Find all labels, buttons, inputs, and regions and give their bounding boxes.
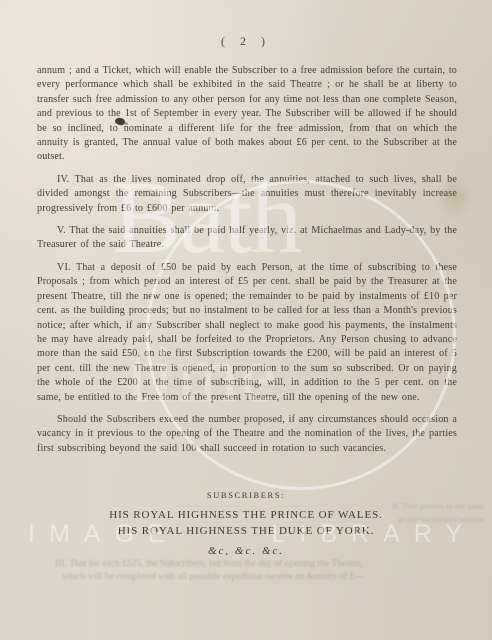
paragraph-clause-iv: IV. That as the lives nominated drop off… [37, 173, 457, 216]
paragraph-closing: Should the Subscribers exceed the number… [37, 413, 457, 456]
document-page: ( 2 ) annum ; and a Ticket, which will e… [0, 0, 492, 640]
verso-showthrough-line: which will be completed with all possibl… [62, 571, 460, 583]
verso-showthrough-fragment: at one subscribed in return to [398, 513, 484, 525]
paper-stain [436, 174, 474, 220]
paragraph-continuation: annum ; and a Ticket, which will enable … [37, 64, 457, 165]
paragraph-clause-v: V. That the said annuities shall be paid… [37, 224, 457, 253]
paragraph-clause-vi: VI. That a deposit of £50 be paid by eac… [37, 261, 457, 405]
page-number: ( 2 ) [0, 34, 492, 49]
subscriber-line-duke-of-york: HIS ROYAL HIGHNESS THE DUKE OF YORK. [0, 523, 492, 539]
verso-showthrough-fragment: II. That portion to the annuities the va… [392, 500, 484, 512]
subscribers-heading: SUBSCRIBERS: [0, 490, 492, 500]
body-text: annum ; and a Ticket, which will enable … [37, 64, 457, 464]
verso-showthrough-line: III. That for each £525, the Subscribers… [55, 558, 465, 570]
etcetera-line: &c, &c. &c. [0, 545, 492, 557]
